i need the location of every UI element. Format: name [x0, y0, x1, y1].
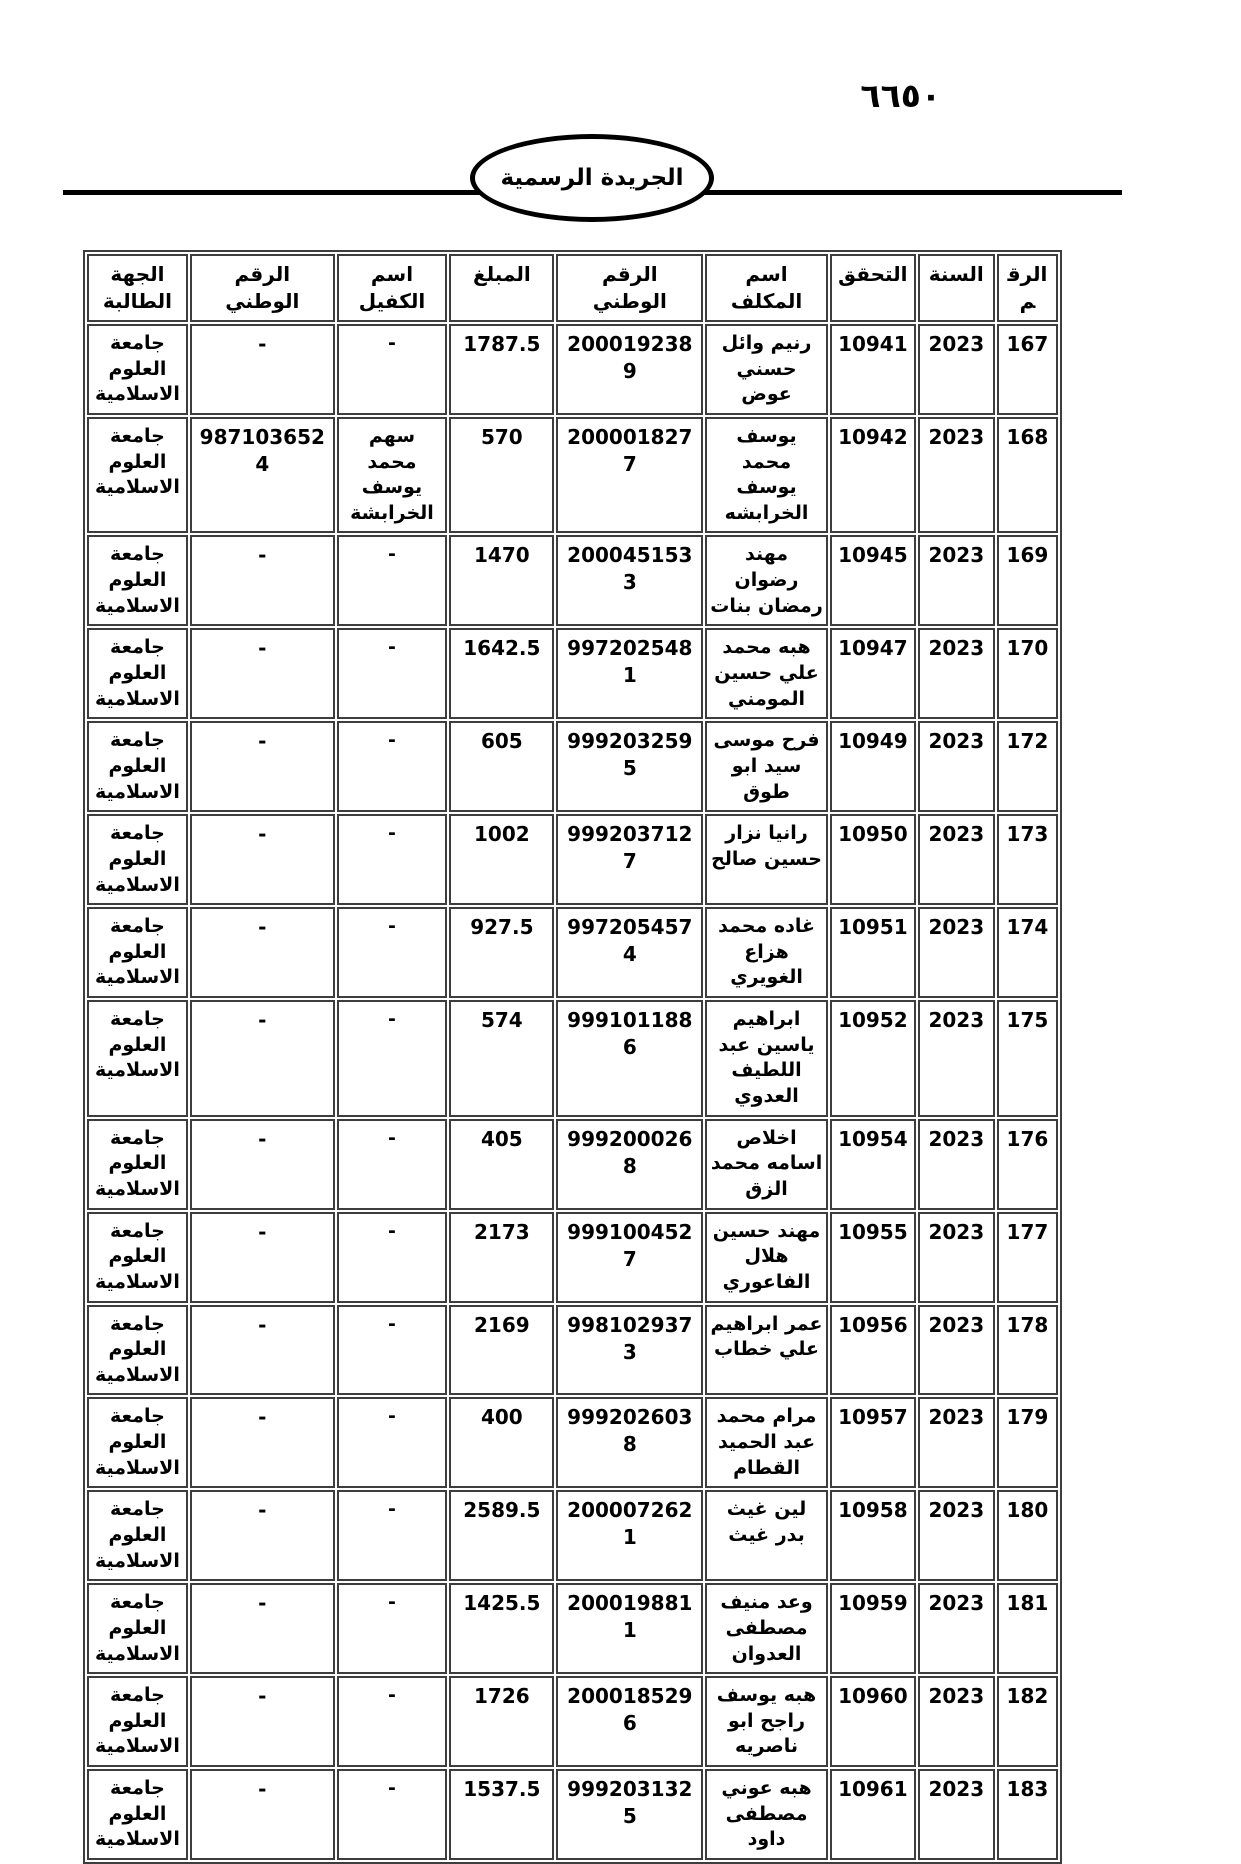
table-cell: 9981029373 — [556, 1305, 703, 1396]
table-cell: جامعة العلوم الاسلامية — [87, 1119, 188, 1210]
table-cell: 180 — [997, 1490, 1058, 1581]
records-table: الرقمالسنةالتحققاسم المكلفالرقم الوطنيال… — [83, 250, 1062, 1864]
table-cell: - — [337, 535, 448, 626]
table-cell: 9992031325 — [556, 1769, 703, 1860]
table-row: 178202310956عمر ابراهيم علي خطاب99810293… — [87, 1305, 1058, 1396]
table-cell: اخلاص اسامه محمد الزق — [705, 1119, 828, 1210]
table-cell: 182 — [997, 1676, 1058, 1767]
table-cell: 10951 — [830, 907, 916, 998]
table-cell: - — [337, 721, 448, 812]
table-cell: 1002 — [449, 814, 554, 905]
table-cell: 9991004527 — [556, 1212, 703, 1303]
table-cell: 10961 — [830, 1769, 916, 1860]
table-cell: 2000198811 — [556, 1583, 703, 1674]
table-cell: - — [190, 535, 335, 626]
table-cell: 2023 — [918, 417, 995, 534]
table-row: 180202310958لين غيث بدر غيث2000072621258… — [87, 1490, 1058, 1581]
table-cell: 2023 — [918, 814, 995, 905]
table-cell: 10959 — [830, 1583, 916, 1674]
table-row: 167202310941رنيم وائل حسني عوض2000192389… — [87, 324, 1058, 415]
table-cell: 2023 — [918, 1305, 995, 1396]
table-cell: - — [190, 907, 335, 998]
table-row: 173202310950رانيا نزار حسين صالح99920371… — [87, 814, 1058, 905]
table-cell: جامعة العلوم الاسلامية — [87, 324, 188, 415]
table-cell: 570 — [449, 417, 554, 534]
column-header-3: اسم المكلف — [705, 254, 828, 322]
table-cell: 10957 — [830, 1397, 916, 1488]
table-cell: 2023 — [918, 1119, 995, 1210]
table-cell: 2023 — [918, 907, 995, 998]
table-cell: - — [190, 814, 335, 905]
table-cell: - — [337, 1000, 448, 1117]
table-cell: - — [190, 1676, 335, 1767]
table-cell: مرام محمد عبد الحميد القطام — [705, 1397, 828, 1488]
table-cell: 10950 — [830, 814, 916, 905]
table-cell: عمر ابراهيم علي خطاب — [705, 1305, 828, 1396]
table-cell: مهند حسين هلال الفاعوري — [705, 1212, 828, 1303]
table-row: 181202310959وعد منيف مصطفى العدوان200019… — [87, 1583, 1058, 1674]
table-cell: 9871036524 — [190, 417, 335, 534]
table-cell: لين غيث بدر غيث — [705, 1490, 828, 1581]
table-cell: 169 — [997, 535, 1058, 626]
table-cell: - — [337, 907, 448, 998]
table-cell: 181 — [997, 1583, 1058, 1674]
table-cell: 10952 — [830, 1000, 916, 1117]
table-cell: 9991011886 — [556, 1000, 703, 1117]
table-cell: 2000018277 — [556, 417, 703, 534]
table-cell: جامعة العلوم الاسلامية — [87, 1490, 188, 1581]
table-cell: 2000072621 — [556, 1490, 703, 1581]
table-cell: - — [190, 1305, 335, 1396]
column-header-0: الرقم — [997, 254, 1058, 322]
table-cell: 167 — [997, 324, 1058, 415]
table-cell: 174 — [997, 907, 1058, 998]
table-row: 170202310947هبه محمد علي حسين المومني997… — [87, 628, 1058, 719]
table-cell: 2023 — [918, 1397, 995, 1488]
table-row: 177202310955مهند حسين هلال الفاعوري99910… — [87, 1212, 1058, 1303]
table-cell: 2023 — [918, 324, 995, 415]
table-cell: 9972025481 — [556, 628, 703, 719]
table-cell: جامعة العلوم الاسلامية — [87, 721, 188, 812]
table-cell: 1642.5 — [449, 628, 554, 719]
table-row: 182202310960هبه يوسف راجح ابو ناصريه2000… — [87, 1676, 1058, 1767]
table-cell: 574 — [449, 1000, 554, 1117]
table-cell: 172 — [997, 721, 1058, 812]
column-header-7: الرقم الوطني — [190, 254, 335, 322]
table-body: 167202310941رنيم وائل حسني عوض2000192389… — [87, 324, 1058, 1860]
table-cell: جامعة العلوم الاسلامية — [87, 814, 188, 905]
table-cell: 170 — [997, 628, 1058, 719]
table-cell: 2023 — [918, 1583, 995, 1674]
table-cell: - — [190, 1119, 335, 1210]
table-cell: 2023 — [918, 628, 995, 719]
table-cell: 2000185296 — [556, 1676, 703, 1767]
table-cell: جامعة العلوم الاسلامية — [87, 1676, 188, 1767]
table-cell: - — [337, 1769, 448, 1860]
table-cell: - — [337, 1397, 448, 1488]
column-header-8: الجهة الطالبة — [87, 254, 188, 322]
table-cell: جامعة العلوم الاسلامية — [87, 628, 188, 719]
table-cell: 10941 — [830, 324, 916, 415]
table-cell: - — [190, 1397, 335, 1488]
table-cell: - — [337, 1212, 448, 1303]
table-cell: جامعة العلوم الاسلامية — [87, 417, 188, 534]
table-cell: 2023 — [918, 535, 995, 626]
table-cell: - — [337, 1676, 448, 1767]
table-cell: 9972054574 — [556, 907, 703, 998]
table-cell: يوسف محمد يوسف الخرابشه — [705, 417, 828, 534]
table-cell: 10954 — [830, 1119, 916, 1210]
table-cell: - — [190, 1490, 335, 1581]
table-row: 168202310942يوسف محمد يوسف الخرابشه20000… — [87, 417, 1058, 534]
table-cell: جامعة العلوم الاسلامية — [87, 535, 188, 626]
table-cell: 9992000268 — [556, 1119, 703, 1210]
table-cell: جامعة العلوم الاسلامية — [87, 1583, 188, 1674]
table-cell: 9992037127 — [556, 814, 703, 905]
table-cell: 927.5 — [449, 907, 554, 998]
table-cell: - — [190, 324, 335, 415]
table-cell: 2589.5 — [449, 1490, 554, 1581]
table-cell: رنيم وائل حسني عوض — [705, 324, 828, 415]
table-cell: جامعة العلوم الاسلامية — [87, 1212, 188, 1303]
table-cell: 405 — [449, 1119, 554, 1210]
table-row: 174202310951غاده محمد هزاع الغويري997205… — [87, 907, 1058, 998]
table-cell: جامعة العلوم الاسلامية — [87, 907, 188, 998]
table-row: 176202310954اخلاص اسامه محمد الزق9992000… — [87, 1119, 1058, 1210]
table-cell: رانيا نزار حسين صالح — [705, 814, 828, 905]
table-cell: - — [337, 1490, 448, 1581]
table-cell: 10942 — [830, 417, 916, 534]
table-cell: 10958 — [830, 1490, 916, 1581]
table-cell: مهند رضوان رمضان بنات — [705, 535, 828, 626]
table-row: 183202310961هبه عوني مصطفى داود999203132… — [87, 1769, 1058, 1860]
table-cell: 1425.5 — [449, 1583, 554, 1674]
table-cell: 173 — [997, 814, 1058, 905]
table-cell: 2023 — [918, 1676, 995, 1767]
page-number: ٦٦٥٠ — [860, 76, 941, 115]
table-cell: 9992032595 — [556, 721, 703, 812]
table-cell: 10945 — [830, 535, 916, 626]
table-cell: 176 — [997, 1119, 1058, 1210]
table-cell: 2169 — [449, 1305, 554, 1396]
table-cell: 2023 — [918, 1490, 995, 1581]
table-cell: - — [190, 628, 335, 719]
table-cell: 9992026038 — [556, 1397, 703, 1488]
table-cell: - — [190, 1583, 335, 1674]
table-cell: 1537.5 — [449, 1769, 554, 1860]
table-row: 175202310952ابراهيم ياسين عبد اللطيف الع… — [87, 1000, 1058, 1117]
records-table-container: الرقمالسنةالتحققاسم المكلفالرقم الوطنيال… — [83, 250, 1062, 1864]
column-header-6: اسم الكفيل — [337, 254, 448, 322]
table-row: 169202310945مهند رضوان رمضان بنات2000451… — [87, 535, 1058, 626]
table-cell: 400 — [449, 1397, 554, 1488]
table-cell: - — [337, 1583, 448, 1674]
table-cell: - — [337, 1305, 448, 1396]
table-cell: 177 — [997, 1212, 1058, 1303]
table-cell: 2023 — [918, 721, 995, 812]
table-cell: 10956 — [830, 1305, 916, 1396]
table-cell: - — [190, 1000, 335, 1117]
table-cell: 2000451533 — [556, 535, 703, 626]
table-cell: جامعة العلوم الاسلامية — [87, 1000, 188, 1117]
table-cell: غاده محمد هزاع الغويري — [705, 907, 828, 998]
table-cell: 183 — [997, 1769, 1058, 1860]
table-cell: 2023 — [918, 1769, 995, 1860]
column-header-5: المبلغ — [449, 254, 554, 322]
table-cell: 1470 — [449, 535, 554, 626]
column-header-2: التحقق — [830, 254, 916, 322]
table-cell: ابراهيم ياسين عبد اللطيف العدوي — [705, 1000, 828, 1117]
table-cell: 1726 — [449, 1676, 554, 1767]
table-cell: 1787.5 — [449, 324, 554, 415]
table-cell: سهم محمد يوسف الخرابشة — [337, 417, 448, 534]
table-cell: 605 — [449, 721, 554, 812]
table-cell: - — [190, 1212, 335, 1303]
table-header-row: الرقمالسنةالتحققاسم المكلفالرقم الوطنيال… — [87, 254, 1058, 322]
table-cell: هبه يوسف راجح ابو ناصريه — [705, 1676, 828, 1767]
table-row: 179202310957مرام محمد عبد الحميد القطام9… — [87, 1397, 1058, 1488]
table-cell: جامعة العلوم الاسلامية — [87, 1769, 188, 1860]
table-cell: - — [337, 324, 448, 415]
table-cell: جامعة العلوم الاسلامية — [87, 1305, 188, 1396]
table-cell: - — [190, 1769, 335, 1860]
table-cell: 179 — [997, 1397, 1058, 1488]
table-cell: هبه عوني مصطفى داود — [705, 1769, 828, 1860]
table-cell: - — [190, 721, 335, 812]
table-cell: هبه محمد علي حسين المومني — [705, 628, 828, 719]
gazette-title-seal: الجريدة الرسمية — [470, 134, 714, 222]
column-header-4: الرقم الوطني — [556, 254, 703, 322]
table-cell: فرح موسى سيد ابو طوق — [705, 721, 828, 812]
table-cell: - — [337, 628, 448, 719]
table-cell: جامعة العلوم الاسلامية — [87, 1397, 188, 1488]
table-cell: 2023 — [918, 1000, 995, 1117]
table-cell: 175 — [997, 1000, 1058, 1117]
table-cell: 2023 — [918, 1212, 995, 1303]
table-cell: 2173 — [449, 1212, 554, 1303]
table-row: 172202310949فرح موسى سيد ابو طوق99920325… — [87, 721, 1058, 812]
table-cell: 168 — [997, 417, 1058, 534]
table-cell: 2000192389 — [556, 324, 703, 415]
table-cell: 10949 — [830, 721, 916, 812]
table-cell: وعد منيف مصطفى العدوان — [705, 1583, 828, 1674]
table-cell: - — [337, 814, 448, 905]
table-cell: 10955 — [830, 1212, 916, 1303]
table-cell: 178 — [997, 1305, 1058, 1396]
table-cell: 10947 — [830, 628, 916, 719]
table-cell: 10960 — [830, 1676, 916, 1767]
gazette-title: الجريدة الرسمية — [500, 165, 683, 191]
table-cell: - — [337, 1119, 448, 1210]
column-header-1: السنة — [918, 254, 995, 322]
